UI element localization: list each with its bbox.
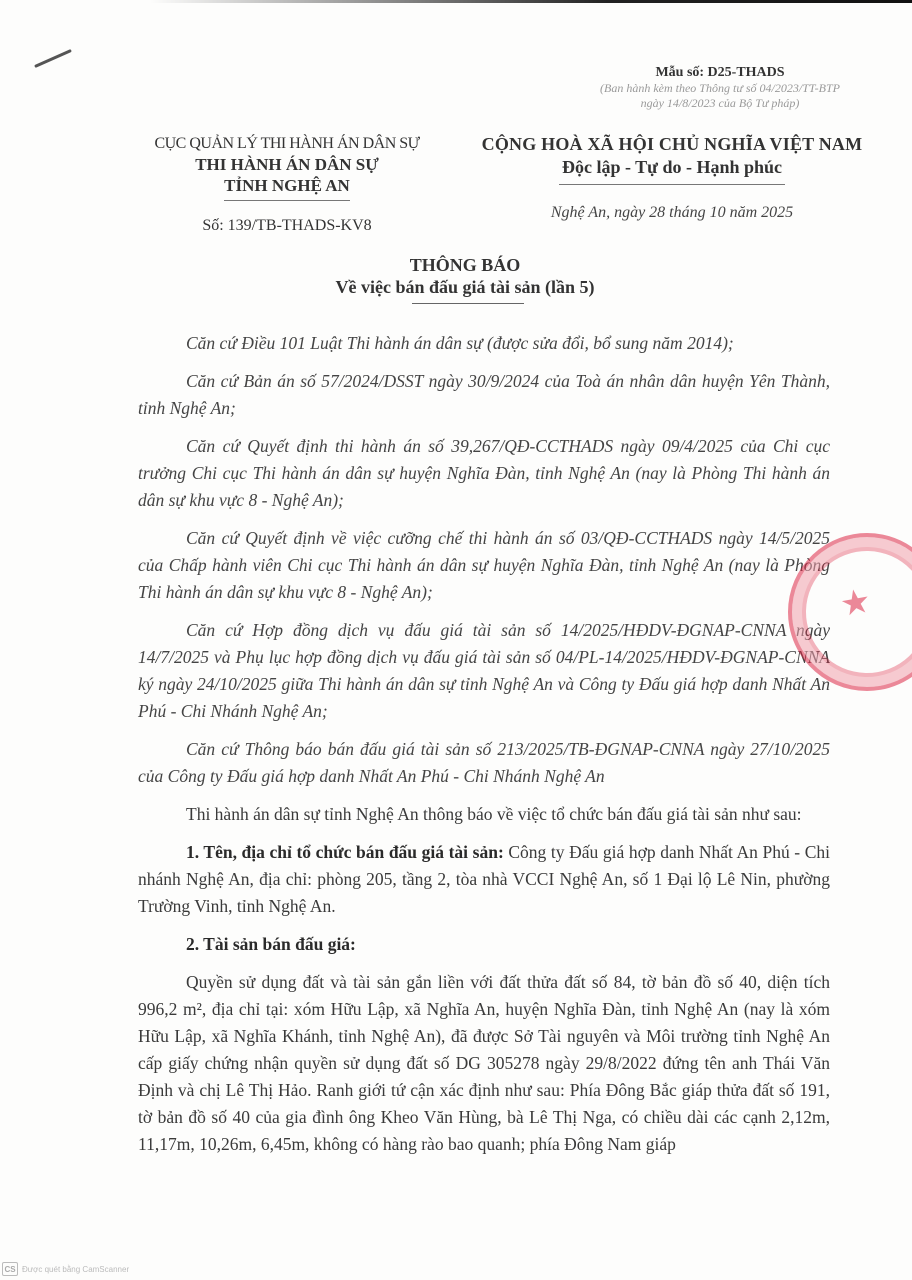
place-date: Nghệ An, ngày 28 tháng 10 năm 2025 [452, 201, 892, 224]
section-2-text: Quyền sử dụng đất và tài sản gắn liền vớ… [138, 969, 830, 1158]
legal-basis: Căn cứ Quyết định thi hành án số 39,267/… [138, 433, 830, 514]
legal-basis: Căn cứ Điều 101 Luật Thi hành án dân sự … [138, 330, 830, 357]
form-code: Mẫu số: D25-THADS [560, 65, 880, 81]
section-1-label: 1. Tên, địa chỉ tổ chức bán đấu giá tài … [186, 842, 504, 862]
issuing-agency: CỤC QUẢN LÝ THI HÀNH ÁN DÂN SỰ THI HÀNH … [122, 133, 452, 236]
agency-name: THI HÀNH ÁN DÂN SỰ [122, 154, 452, 175]
camscanner-icon: CS [2, 1262, 18, 1276]
pen-mark [34, 49, 72, 68]
title-subject: Về việc bán đấu giá tài sản (lần 5) [0, 276, 912, 298]
title-main: THÔNG BÁO [0, 254, 912, 276]
document-title: THÔNG BÁO Về việc bán đấu giá tài sản (l… [0, 254, 912, 304]
star-icon: ★ [837, 581, 874, 626]
agency-province: TỈNH NGHỆ AN [122, 175, 452, 196]
watermark-text: Được quét bằng CamScanner [22, 1265, 129, 1274]
country-name: CỘNG HOÀ XÃ HỘI CHỦ NGHĨA VIỆT NAM [452, 133, 892, 156]
form-note-line2: ngày 14/8/2023 của Bộ Tư pháp) [560, 96, 880, 111]
divider [559, 184, 785, 185]
intro-paragraph: Thi hành án dân sự tỉnh Nghệ An thông bá… [138, 801, 830, 828]
scan-edge [150, 0, 912, 3]
document-page: Mẫu số: D25-THADS (Ban hành kèm theo Thô… [0, 0, 912, 1280]
scanner-watermark: CS Được quét bằng CamScanner [2, 1262, 129, 1276]
divider [224, 200, 350, 201]
legal-basis: Căn cứ Bản án số 57/2024/DSST ngày 30/9/… [138, 368, 830, 422]
legal-basis: Căn cứ Hợp đồng dịch vụ đấu giá tài sản … [138, 617, 830, 725]
section-1: 1. Tên, địa chỉ tổ chức bán đấu giá tài … [138, 839, 830, 920]
form-reference: Mẫu số: D25-THADS (Ban hành kèm theo Thô… [560, 65, 880, 111]
legal-basis: Căn cứ Thông báo bán đấu giá tài sản số … [138, 736, 830, 790]
agency-parent: CỤC QUẢN LÝ THI HÀNH ÁN DÂN SỰ [122, 133, 452, 154]
divider [412, 303, 524, 304]
document-number: Số: 139/TB-THADS-KV8 [122, 215, 452, 236]
form-note-line1: (Ban hành kèm theo Thông tư số 04/2023/T… [560, 81, 880, 96]
motto: Độc lập - Tự do - Hạnh phúc [452, 156, 892, 179]
national-header: CỘNG HOÀ XÃ HỘI CHỦ NGHĨA VIỆT NAM Độc l… [452, 133, 892, 224]
document-body: Căn cứ Điều 101 Luật Thi hành án dân sự … [138, 330, 830, 1169]
section-2-label: 2. Tài sản bán đấu giá: [138, 931, 830, 958]
legal-basis: Căn cứ Quyết định về việc cưỡng chế thi … [138, 525, 830, 606]
